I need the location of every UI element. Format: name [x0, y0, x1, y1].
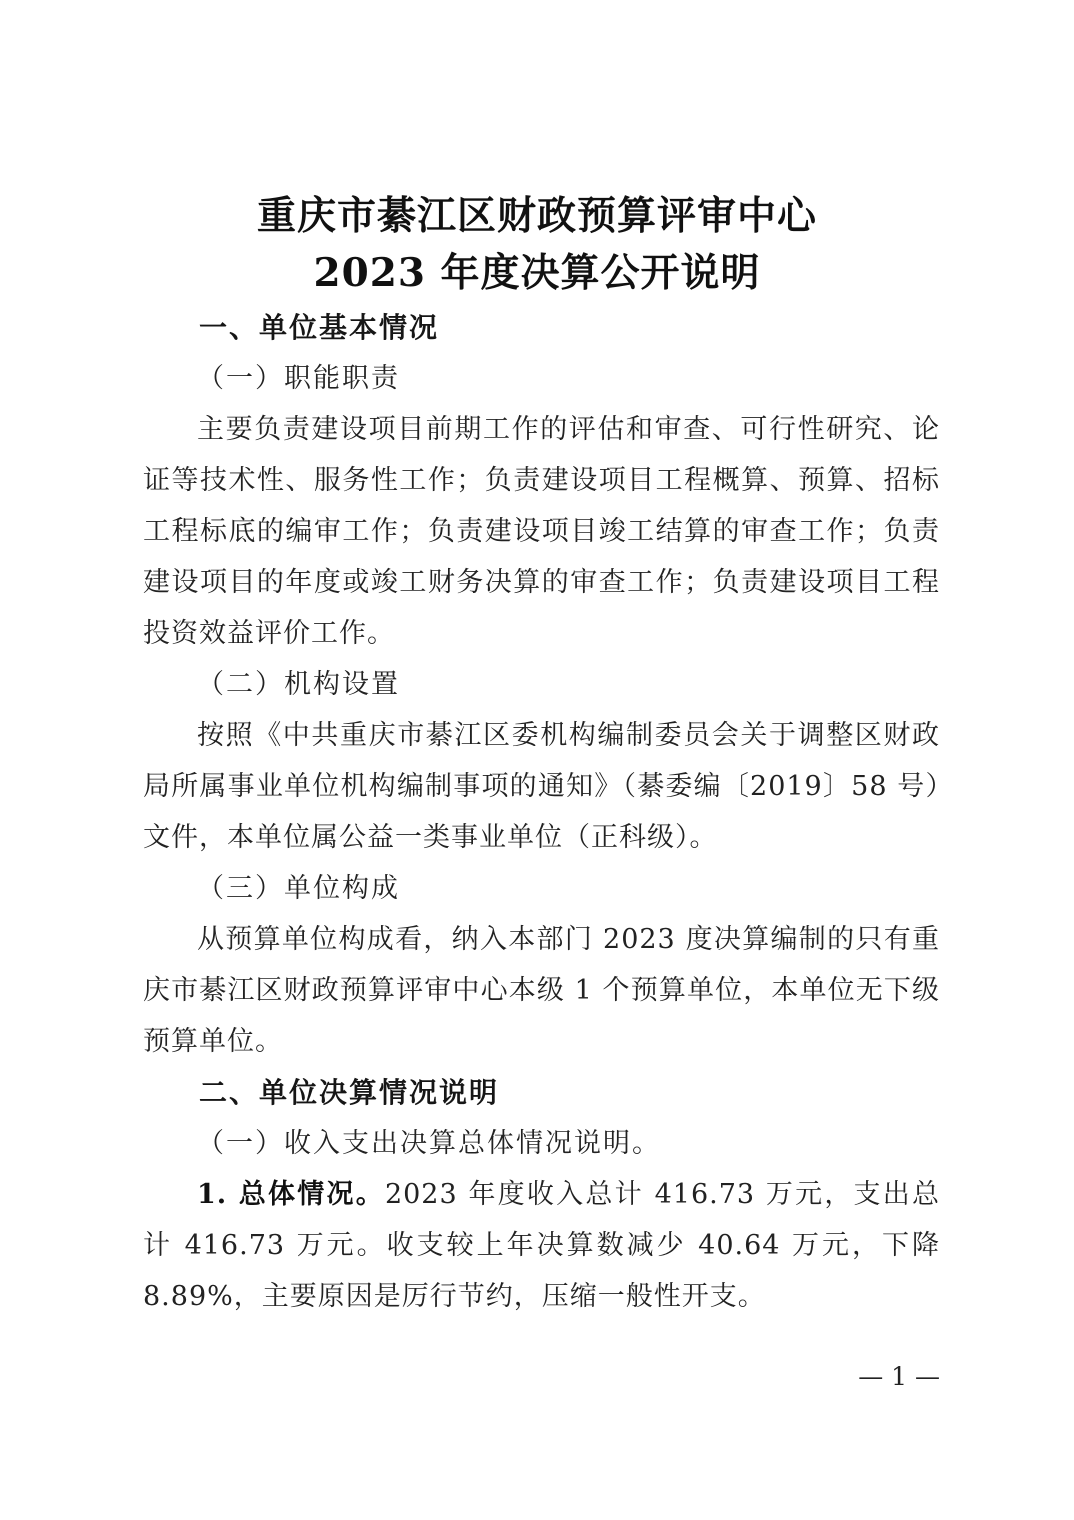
document-title-line-1: 重庆市綦江区财政预算评审中心: [0, 188, 1074, 245]
document-title: 重庆市綦江区财政预算评审中心 2023 年度决算公开说明: [0, 0, 1074, 302]
subsection-2-1-paragraph: 1. 总体情况。2023 年度收入总计 416.73 万元，支出总计 416.7…: [143, 1169, 940, 1322]
document-title-line-2: 2023 年度决算公开说明: [0, 245, 1074, 302]
document-page: 重庆市綦江区财政预算评审中心 2023 年度决算公开说明 一、单位基本情况 （一…: [0, 0, 1074, 1520]
document-body: 一、单位基本情况 （一）职能职责 主要负责建设项目前期工作的评估和审查、可行性研…: [143, 302, 940, 1322]
subsection-1-1-heading: （一）职能职责: [143, 353, 940, 404]
subsection-1-2-paragraph: 按照《中共重庆市綦江区委机构编制委员会关于调整区财政局所属事业单位机构编制事项的…: [143, 710, 940, 863]
section-1-heading: 一、单位基本情况: [143, 302, 940, 353]
subsection-1-2-heading: （二）机构设置: [143, 659, 940, 710]
subsection-1-1-paragraph: 主要负责建设项目前期工作的评估和审查、可行性研究、论证等技术性、服务性工作；负责…: [143, 404, 940, 659]
section-2-heading: 二、单位决算情况说明: [143, 1067, 940, 1118]
subsection-2-1-heading: （一）收入支出决算总体情况说明。: [143, 1118, 940, 1169]
subsection-1-3-paragraph: 从预算单位构成看，纳入本部门 2023 度决算编制的只有重庆市綦江区财政预算评审…: [143, 914, 940, 1067]
overview-item-label: 1. 总体情况。: [197, 1179, 385, 1210]
page-number: — 1 —: [858, 1362, 940, 1391]
subsection-1-3-heading: （三）单位构成: [143, 863, 940, 914]
